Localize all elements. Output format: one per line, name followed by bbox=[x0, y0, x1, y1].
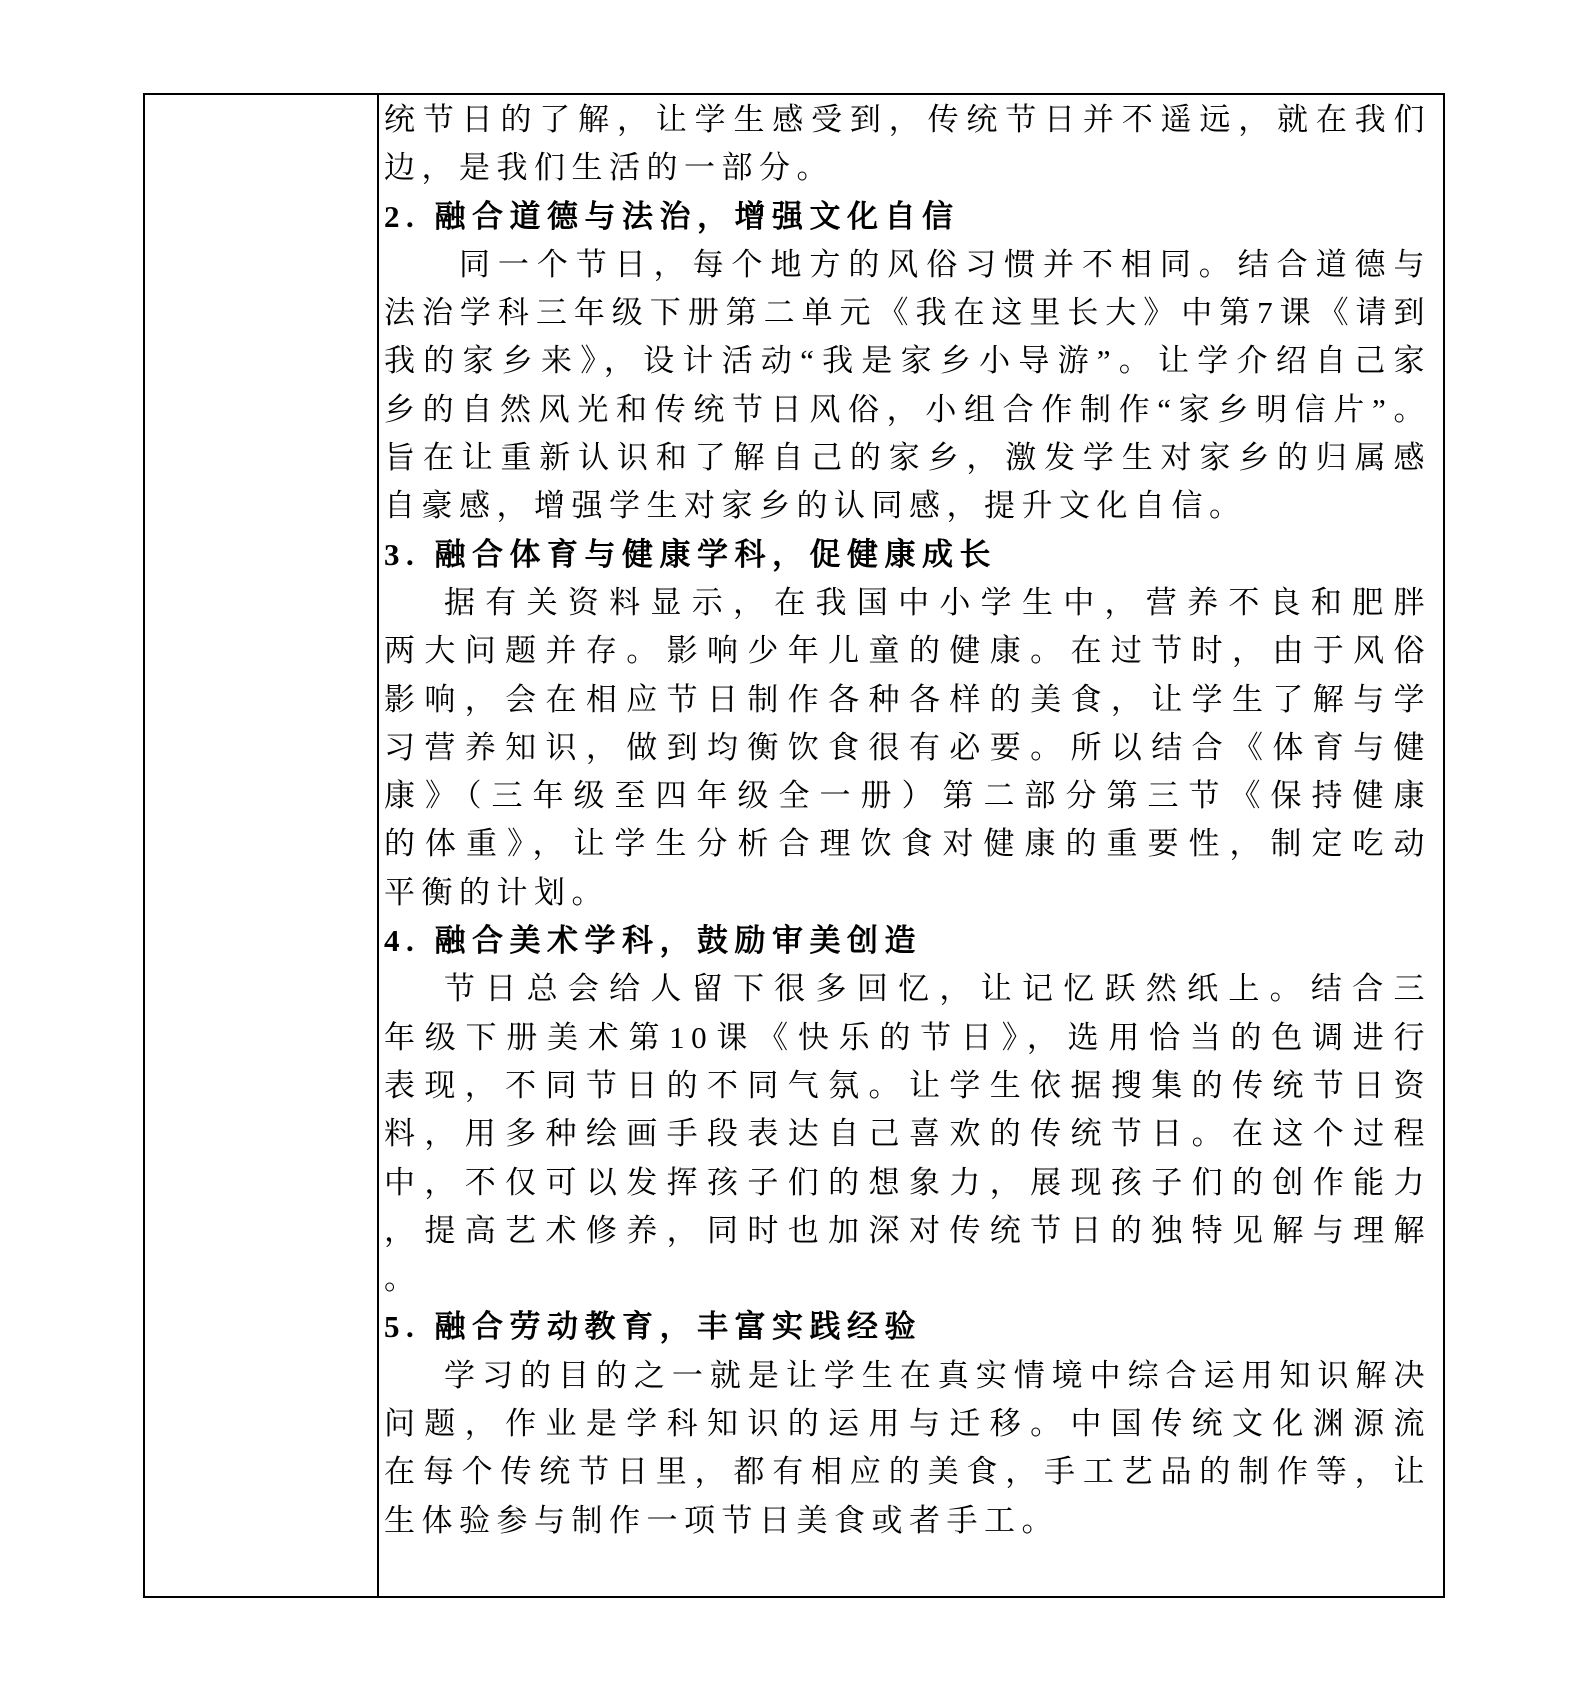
heading-line: 3. 融合体育与健康学科，促健康成长 bbox=[384, 531, 1431, 579]
body-line: 平衡的计划。 bbox=[384, 869, 1431, 917]
body-line: ，提高艺术修养，同时也加深对传统节日的独特见解与理解 bbox=[384, 1207, 1431, 1255]
body-line: 法治学科三年级下册第二单元《我在这里长大》中第7课《请到 bbox=[384, 289, 1431, 337]
heading-line: 5. 融合劳动教育，丰富实践经验 bbox=[384, 1303, 1431, 1351]
body-line: 两大问题并存。影响少年儿童的健康。在过节时，由于风俗 bbox=[384, 627, 1431, 675]
body-line: 料，用多种绘画手段表达自己喜欢的传统节日。在这个过程 bbox=[384, 1110, 1431, 1158]
body-line: 在每个传统节日里，都有相应的美食，手工艺品的制作等，让学 bbox=[384, 1448, 1431, 1496]
body-line: 学习的目的之一就是让学生在真实情境中综合运用知识解决 bbox=[384, 1352, 1431, 1400]
body-line: 自豪感，增强学生对家乡的认同感，提升文化自信。 bbox=[384, 482, 1431, 530]
heading-line: 4. 融合美术学科，鼓励审美创造 bbox=[384, 917, 1431, 965]
body-line: 中，不仅可以发挥孩子们的想象力，展现孩子们的创作能力 bbox=[384, 1159, 1431, 1207]
body-line: 影响，会在相应节日制作各种各样的美食，让学生了解与学 bbox=[384, 676, 1431, 724]
body-line: 统节日的了解，让学生感受到，传统节日并不遥远，就在我们身 bbox=[384, 96, 1431, 144]
body-line: 生体验参与制作一项节日美食或者手工。 bbox=[384, 1497, 1431, 1545]
content-cell: 统节日的了解，让学生感受到，传统节日并不遥远，就在我们身边，是我们生活的一部分。… bbox=[379, 95, 1443, 1596]
body-line: 习营养知识，做到均衡饮食很有必要。所以结合《体育与健 bbox=[384, 724, 1431, 772]
body-line: 乡的自然风光和传统节日风俗，小组合作制作“家乡明信片”。 bbox=[384, 386, 1431, 434]
body-line: 康》（三年级至四年级全一册）第二部分第三节《保持健康 bbox=[384, 772, 1431, 820]
document-page: 统节日的了解，让学生感受到，传统节日并不遥远，就在我们身边，是我们生活的一部分。… bbox=[0, 0, 1587, 1694]
table-left-cell bbox=[145, 95, 379, 1596]
heading-line: 2. 融合道德与法治，增强文化自信 bbox=[384, 193, 1431, 241]
body-line: 的体重》，让学生分析合理饮食对健康的重要性，制定吃动 bbox=[384, 820, 1431, 868]
doc-table: 统节日的了解，让学生感受到，传统节日并不遥远，就在我们身边，是我们生活的一部分。… bbox=[143, 93, 1445, 1598]
body-line: 同一个节日，每个地方的风俗习惯并不相同。结合道德与 bbox=[384, 241, 1431, 289]
body-line: 。 bbox=[384, 1255, 1431, 1303]
body-line: 边，是我们生活的一部分。 bbox=[384, 144, 1431, 192]
body-line: 问题，作业是学科知识的运用与迁移。中国传统文化渊源流传， bbox=[384, 1400, 1431, 1448]
body-line: 旨在让重新认识和了解自己的家乡，激发学生对家乡的归属感和 bbox=[384, 434, 1431, 482]
body-line: 据有关资料显示，在我国中小学生中，营养不良和肥胖 bbox=[384, 579, 1431, 627]
body-line: 年级下册美术第10课《快乐的节日》，选用恰当的色调进行 bbox=[384, 1014, 1431, 1062]
body-line: 我的家乡来》，设计活动“我是家乡小导游”。让学介绍自己家 bbox=[384, 337, 1431, 385]
body-line: 节日总会给人留下很多回忆，让记忆跃然纸上。结合三 bbox=[384, 965, 1431, 1013]
body-line: 表现，不同节日的不同气氛。让学生依据搜集的传统节日资 bbox=[384, 1062, 1431, 1110]
